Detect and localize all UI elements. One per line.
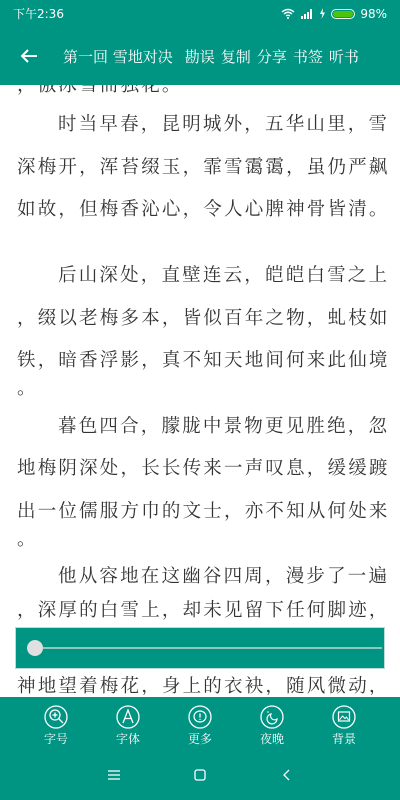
text-line: ，缀以老梅多本，皆似百年之物，虬枝如 bbox=[17, 307, 390, 331]
night-mode-button[interactable]: 夜晚 bbox=[242, 697, 302, 749]
font-size-label: 字号 bbox=[44, 730, 68, 747]
text-line: 。 bbox=[17, 377, 38, 401]
progress-slider-thumb[interactable] bbox=[27, 640, 43, 656]
font-size-button[interactable]: 字号 bbox=[26, 697, 86, 749]
system-nav-bar bbox=[0, 749, 400, 800]
battery-icon bbox=[331, 9, 355, 19]
bottom-toolbar: 字号 字体 更多 夜晚 背景 bbox=[0, 697, 400, 749]
home-square-icon bbox=[194, 769, 206, 781]
status-icons: 98% bbox=[281, 7, 387, 21]
reading-content[interactable]: ，傲冰雪而独花。 时当早春，昆明城外，五华山里，雪 深梅开，浑苔缀玉，霏雪霭霭，… bbox=[0, 85, 400, 695]
status-time: 下午2:36 bbox=[13, 5, 64, 22]
zoom-in-icon bbox=[44, 705, 68, 729]
menu-icon bbox=[108, 770, 120, 780]
home-button[interactable] bbox=[188, 763, 212, 787]
text-line: 神地望着梅花，身上的衣袂，随风微动， bbox=[17, 675, 390, 695]
chapter-title[interactable]: 第一回 雪地对决 bbox=[63, 46, 173, 67]
font-button[interactable]: 字体 bbox=[98, 697, 158, 749]
wifi-icon bbox=[281, 8, 295, 19]
night-mode-icon bbox=[260, 705, 284, 729]
listen-button[interactable]: 听书 bbox=[329, 46, 359, 67]
share-button[interactable]: 分享 bbox=[257, 46, 287, 67]
system-back-button[interactable] bbox=[274, 763, 298, 787]
more-label: 更多 bbox=[188, 730, 212, 747]
font-icon bbox=[116, 705, 140, 729]
progress-slider-track[interactable] bbox=[36, 647, 382, 649]
text-line: 后山深处，直壁连云，皑皑白雪之上 bbox=[58, 264, 389, 288]
text-line: ，深厚的白雪上，却未见留下任何脚迹， bbox=[17, 599, 390, 623]
correction-button[interactable]: 勘误 bbox=[185, 46, 215, 67]
copy-button[interactable]: 复制 bbox=[221, 46, 251, 67]
text-line: 他从容地在这幽谷四周，漫步了一遍 bbox=[58, 565, 389, 589]
background-button[interactable]: 背景 bbox=[314, 697, 374, 749]
status-bar: 下午2:36 98% bbox=[0, 0, 400, 27]
text-line: 时当早春，昆明城外，五华山里，雪 bbox=[58, 113, 389, 137]
text-line: 。 bbox=[17, 528, 38, 552]
text-line: ，傲冰雪而独花。 bbox=[17, 85, 183, 98]
battery-percent: 98% bbox=[360, 7, 387, 21]
more-icon bbox=[188, 705, 212, 729]
signal-icon bbox=[300, 9, 314, 19]
recent-apps-button[interactable] bbox=[102, 763, 126, 787]
text-line: 深梅开，浑苔缀玉，霏雪霭霭，虽仍严飙 bbox=[17, 156, 390, 180]
text-line: 地梅阴深处，长长传来一声叹息，缓缓踱 bbox=[17, 457, 390, 481]
background-label: 背景 bbox=[332, 730, 356, 747]
chevron-left-icon bbox=[282, 769, 290, 781]
charging-icon bbox=[319, 8, 326, 19]
progress-slider-panel bbox=[15, 627, 385, 669]
text-line: 铁，暗香浮影，真不知天地间何来此仙境 bbox=[17, 349, 390, 373]
night-mode-label: 夜晚 bbox=[260, 730, 284, 747]
text-line: 如故，但梅香沁心，令人心脾神骨皆清。 bbox=[17, 198, 390, 222]
bookmark-button[interactable]: 书签 bbox=[293, 46, 323, 67]
arrow-left-icon bbox=[20, 48, 38, 64]
background-image-icon bbox=[332, 705, 356, 729]
app-bar: 第一回 雪地对决 勘误 复制 分享 书签 听书 bbox=[0, 27, 400, 85]
font-label: 字体 bbox=[116, 730, 140, 747]
text-line: 暮色四合，朦胧中景物更见胜绝，忽 bbox=[58, 415, 389, 439]
back-button[interactable] bbox=[0, 27, 58, 85]
more-button[interactable]: 更多 bbox=[170, 697, 230, 749]
text-line: 出一位儒服方巾的文士，亦不知从何处来 bbox=[17, 500, 390, 524]
action-buttons: 勘误 复制 分享 书签 听书 bbox=[185, 46, 359, 67]
